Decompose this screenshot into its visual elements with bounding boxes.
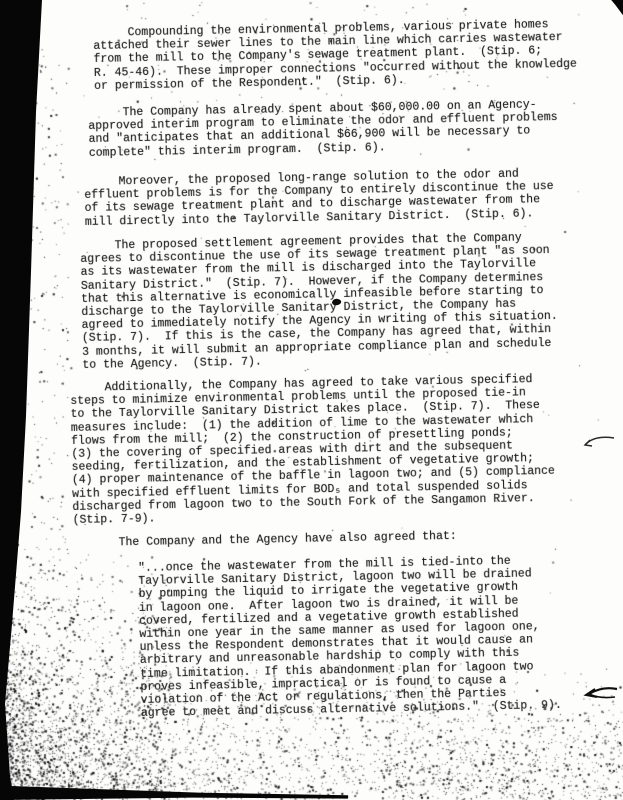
paragraph-interim-measures: Additionally, the Company has agreed to … [70,373,556,527]
scan-artifact-left-edge [0,0,48,800]
paragraph-interim-program: The Company has already spent about $60,… [88,98,558,160]
paragraph-settlement-agreement: The proposed settlement agreement provid… [80,231,559,372]
scan-artifact-top-right-corner [604,0,623,18]
scan-artifact-bottom-strip [0,780,348,800]
scanned-document-page: Compounding the environmental problems, … [0,0,623,800]
paragraph-agreed-that: The Company and the Agency have also agr… [84,530,457,550]
paragraph-long-range-solution: Moreover, the proposed long-range soluti… [84,167,554,229]
paragraph-private-homes: Compounding the environmental problems, … [93,18,577,93]
settlement-quote-block: "...once the wastewater from the mill is… [138,554,562,720]
pen-arrow-mark-icon [580,684,620,704]
pen-scribble-mark-icon [582,431,618,449]
